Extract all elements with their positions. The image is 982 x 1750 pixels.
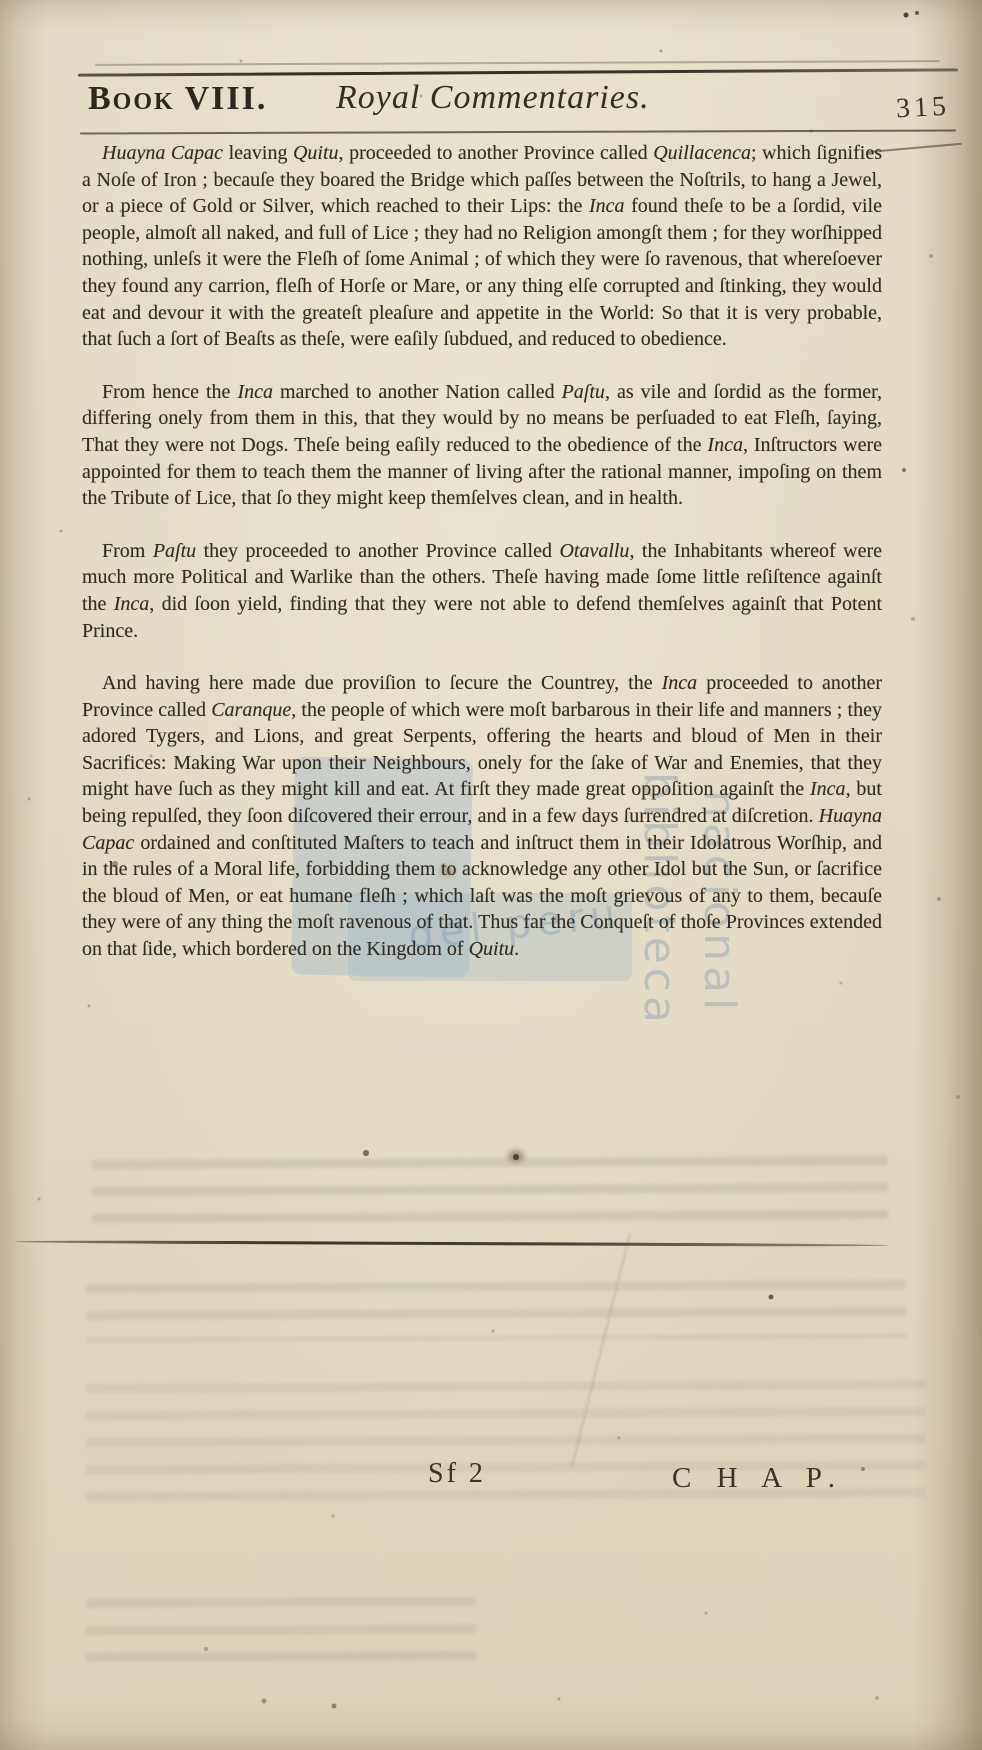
top-rule	[78, 68, 958, 76]
header-bottom-rule	[80, 129, 956, 134]
foxing-specks	[0, 0, 2, 2]
paragraph-otavallu: From Paſtu they proceeded to another Pro…	[82, 538, 882, 644]
show-through-text	[86, 1280, 906, 1342]
ink-smudge	[508, 1150, 524, 1162]
paragraph-pastu: From hence the Inca marched to another N…	[82, 379, 882, 512]
text-block: Huayna Capac leaving Quitu, proceeded to…	[82, 140, 882, 989]
signature-mark: Sf 2	[428, 1458, 486, 1490]
running-title: Royal Commentaries.	[336, 79, 650, 117]
section-divider-rule	[14, 1240, 890, 1247]
book-number-heading: Book VIII.	[88, 80, 267, 118]
paragraph-caranque: And having here made due proviſion to ſe…	[82, 670, 882, 963]
top-faint-rule	[95, 60, 940, 66]
book-page-scan: biblioteca nacional del peru Book VIII. …	[0, 0, 982, 1750]
show-through-text	[86, 1597, 476, 1665]
ink-smudge	[440, 866, 454, 876]
page-number: 315	[895, 91, 951, 126]
catchword: C H A P.	[672, 1462, 844, 1495]
show-through-text	[92, 1156, 888, 1240]
paragraph-huayna-capac-quillacenca: Huayna Capac leaving Quitu, proceeded to…	[82, 140, 882, 353]
